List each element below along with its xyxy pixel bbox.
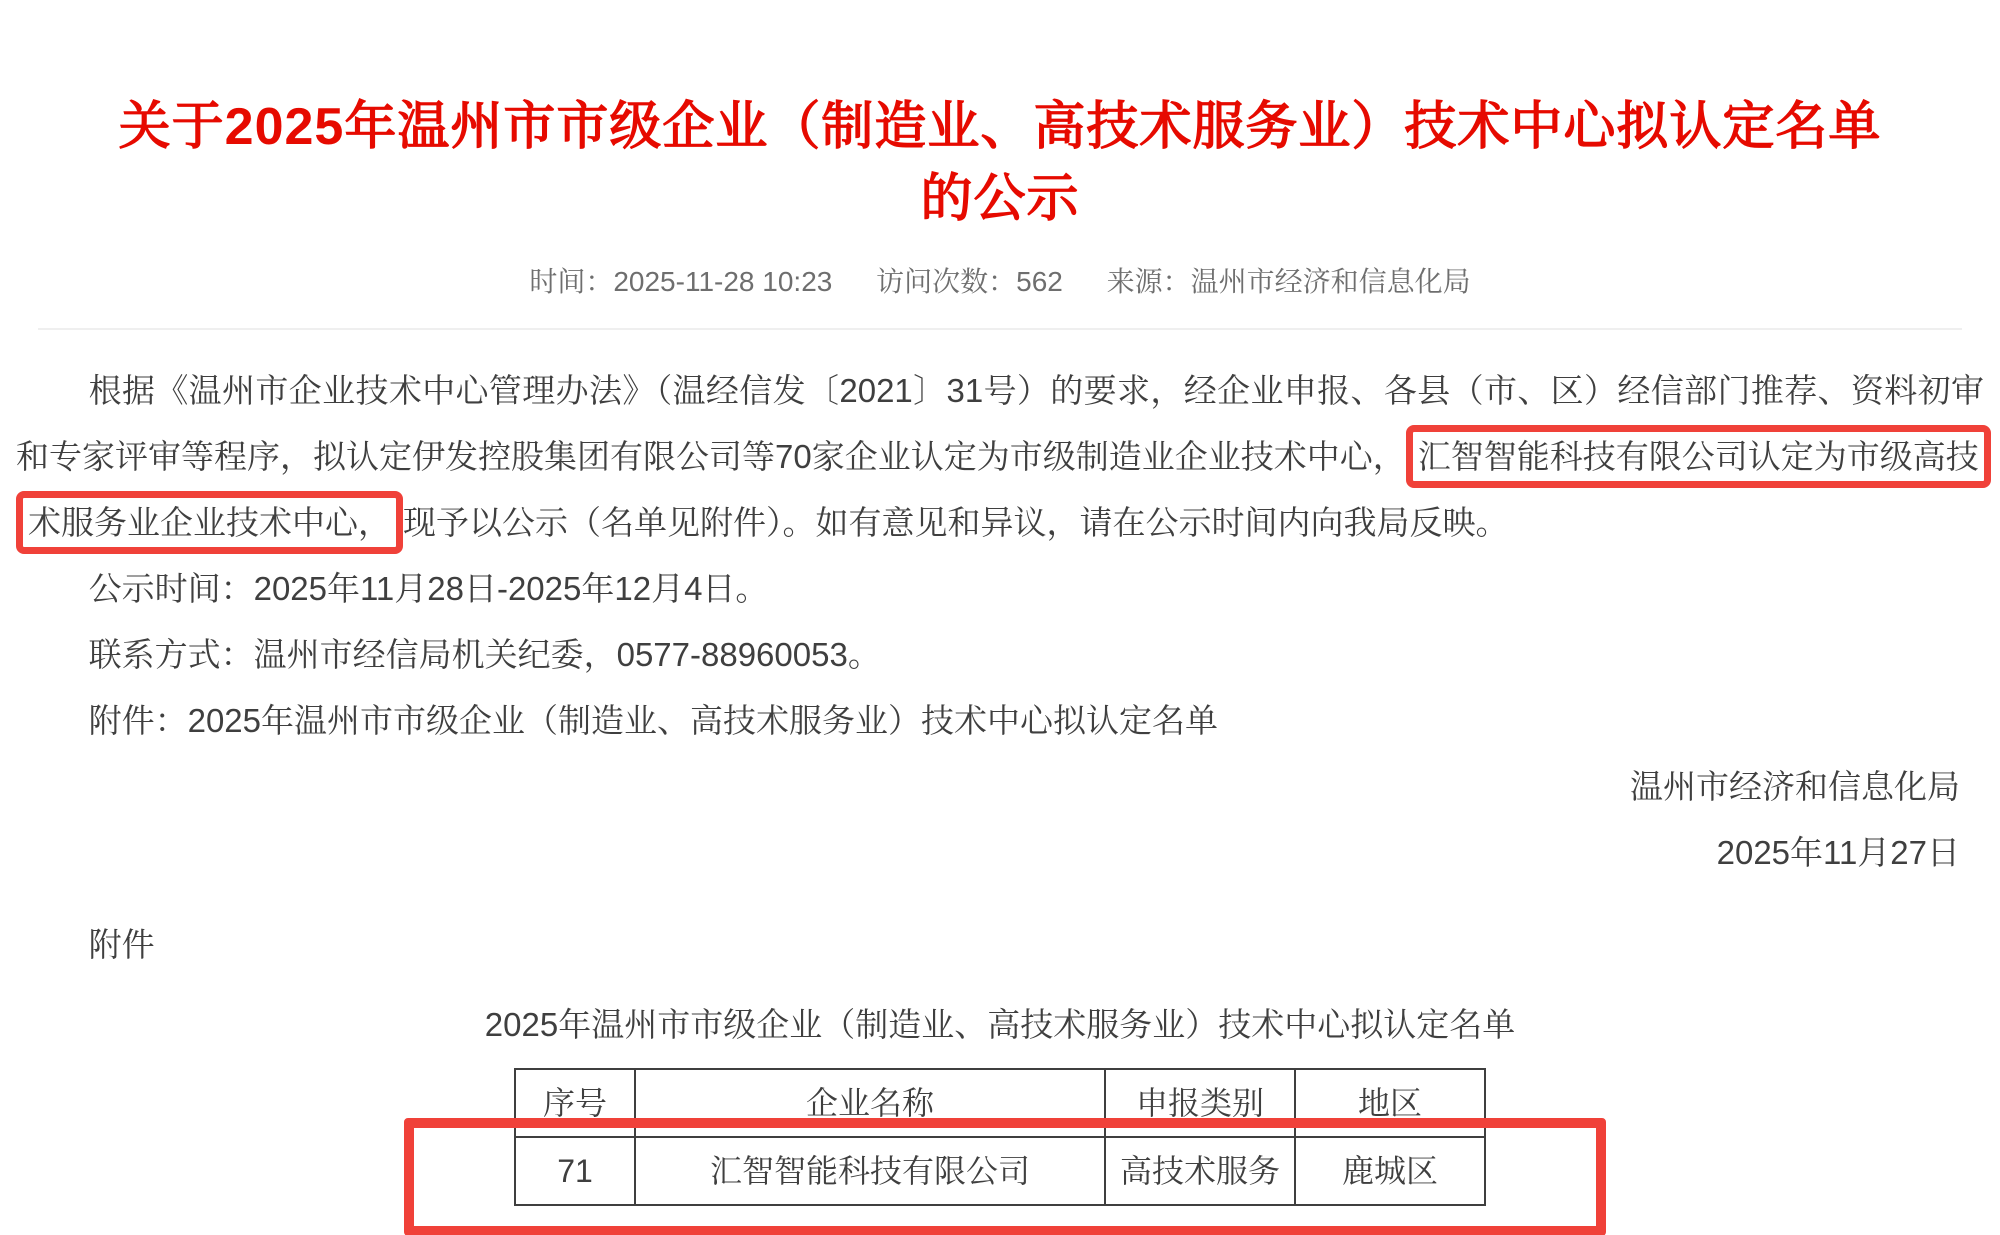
- table-header-cell: 申报类别: [1105, 1069, 1295, 1137]
- table-header-cell: 序号: [515, 1069, 635, 1137]
- meta-visits-label: 访问次数：: [876, 266, 1016, 297]
- attachment-table-area: 序号企业名称申报类别地区 71汇智智能科技有限公司高技术服务鹿城区: [16, 1068, 1984, 1206]
- attachment-reference-line: 附件：2025年温州市市级企业（制造业、高技术服务业）技术中心拟认定名单: [16, 688, 1984, 754]
- meta-source-label: 来源：: [1107, 266, 1191, 297]
- table-cell: 鹿城区: [1295, 1137, 1485, 1205]
- meta-visits-value: 562: [1016, 266, 1063, 297]
- signature-agency: 温州市经济和信息化局: [16, 754, 1960, 820]
- signature-date: 2025年11月27日: [16, 820, 1960, 886]
- table-cell: 71: [515, 1137, 635, 1205]
- attachment-label: 附件: [16, 912, 1984, 978]
- main-paragraph: 根据《温州市企业技术中心管理办法》（温经信发〔2021〕31号）的要求，经企业申…: [16, 358, 1984, 556]
- table-header-row: 序号企业名称申报类别地区: [515, 1069, 1485, 1137]
- paragraph-text: 现予以公示（名单见附件）。如有意见和异议，请在公示时间内向我局反映。: [403, 504, 1509, 541]
- table-cell: 高技术服务: [1105, 1137, 1295, 1205]
- article-meta: 时间：2025-11-28 10:23 访问次数：562 来源：温州市经济和信息…: [0, 260, 2000, 300]
- table-header-row: 序号企业名称申报类别地区: [515, 1069, 1485, 1137]
- table-row: 71汇智智能科技有限公司高技术服务鹿城区: [515, 1137, 1485, 1205]
- table-cell: 汇智智能科技有限公司: [635, 1137, 1105, 1205]
- attachment-table: 序号企业名称申报类别地区 71汇智智能科技有限公司高技术服务鹿城区: [514, 1068, 1486, 1206]
- table-header-cell: 地区: [1295, 1069, 1485, 1137]
- contact-line: 联系方式：温州市经信局机关纪委，0577-88960053。: [16, 622, 1984, 688]
- attachment-table-title: 2025年温州市市级企业（制造业、高技术服务业）技术中心拟认定名单: [16, 992, 1984, 1058]
- article-body: 根据《温州市企业技术中心管理办法》（温经信发〔2021〕31号）的要求，经企业申…: [0, 330, 2000, 1206]
- table-body: 71汇智智能科技有限公司高技术服务鹿城区: [515, 1137, 1485, 1205]
- publicity-period-line: 公示时间：2025年11月28日-2025年12月4日。: [16, 556, 1984, 622]
- meta-source: 来源：温州市经济和信息化局: [1107, 266, 1471, 297]
- announcement-page: 关于2025年温州市市级企业（制造业、高技术服务业）技术中心拟认定名单的公示 时…: [0, 0, 2000, 1235]
- meta-time-value: 2025-11-28 10:23: [613, 266, 832, 297]
- meta-visits: 访问次数：562: [876, 266, 1063, 297]
- signature-block: 温州市经济和信息化局 2025年11月27日: [16, 754, 1984, 886]
- meta-time-label: 时间：: [529, 266, 613, 297]
- page-title: 关于2025年温州市市级企业（制造业、高技术服务业）技术中心拟认定名单的公示: [115, 92, 1885, 236]
- meta-time: 时间：2025-11-28 10:23: [529, 266, 832, 297]
- table-header-cell: 企业名称: [635, 1069, 1105, 1137]
- meta-source-value: 温州市经济和信息化局: [1191, 266, 1471, 297]
